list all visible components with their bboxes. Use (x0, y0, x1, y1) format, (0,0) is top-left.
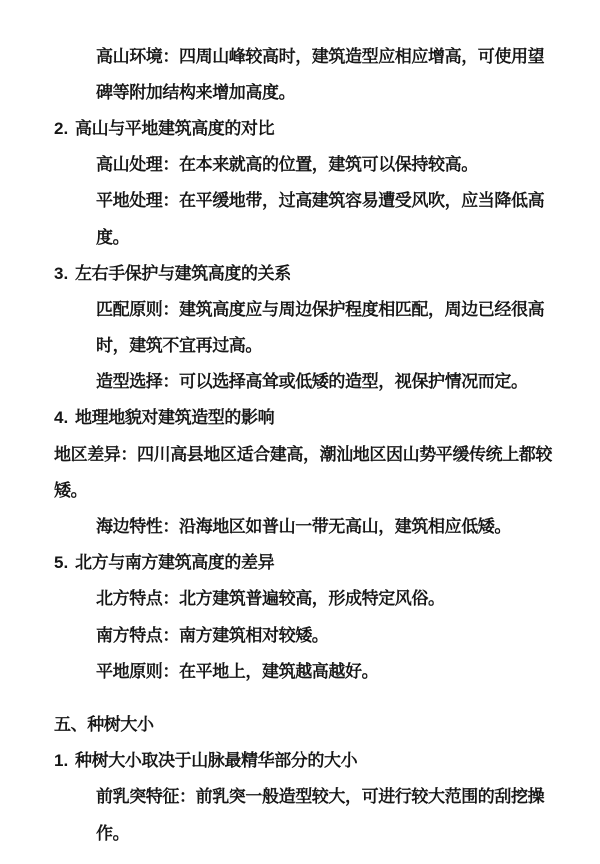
line-text: 海边特性：沿海地区如普山一带无高山，建筑相应低矮。 (96, 518, 511, 535)
list-number: 5. (54, 554, 75, 571)
line-text: 北方与南方建筑高度的差异 (75, 554, 274, 571)
text-line: 平地原则：在平地上，建筑越高越好。 (0, 653, 600, 689)
numbered-heading: 2. 高山与平地建筑高度的对比 (0, 110, 600, 146)
line-text: 矮。 (54, 482, 87, 499)
text-line: 北方特点：北方建筑普遍较高，形成特定风俗。 (0, 581, 600, 617)
line-text: 左右手保护与建筑高度的关系 (75, 265, 291, 282)
line-text: 南方特点：南方建筑相对较矮。 (96, 627, 328, 644)
text-line: 高山处理：在本来就高的位置，建筑可以保持较高。 (0, 147, 600, 183)
line-text: 作。 (96, 825, 129, 842)
list-number: 3. (54, 265, 75, 282)
text-line: 矮。 (0, 472, 600, 508)
text-line: 海边特性：沿海地区如普山一带无高山，建筑相应低矮。 (0, 508, 600, 544)
line-text: 高山环境：四周山峰较高时，建筑造型应相应增高，可使用望 (96, 48, 544, 65)
line-text: 时，建筑不宜再过高。 (96, 337, 262, 354)
line-text: 度。 (96, 229, 129, 246)
line-text: 地区差异：四川高县地区适合建高，潮汕地区因山势平缓传统上都较 (54, 446, 552, 463)
line-text: 高山与平地建筑高度的对比 (75, 120, 274, 137)
text-line: 地区差异：四川高县地区适合建高，潮汕地区因山势平缓传统上都较 (0, 436, 600, 472)
text-line: 前乳突特征：前乳突一般造型较大，可进行较大范围的刮挖操 (0, 779, 600, 815)
section-heading-text: 五、种树大小 (54, 716, 154, 733)
text-line: 高山环境：四周山峰较高时，建筑造型应相应增高，可使用望 (0, 38, 600, 74)
text-line: 碑等附加结构来增加高度。 (0, 74, 600, 110)
numbered-heading: 4. 地理地貌对建筑造型的影响 (0, 400, 600, 436)
line-text: 北方特点：北方建筑普遍较高，形成特定风俗。 (96, 590, 445, 607)
text-line: 造型选择：可以选择高耸或低矮的造型，视保护情况而定。 (0, 364, 600, 400)
text-line: 南方特点：南方建筑相对较矮。 (0, 617, 600, 653)
line-text: 碑等附加结构来增加高度。 (96, 84, 295, 101)
section-heading: 五、种树大小 (0, 706, 600, 742)
list-number: 4. (54, 409, 75, 426)
text-line: 度。 (0, 219, 600, 255)
line-text: 地理地貌对建筑造型的影响 (75, 409, 274, 426)
document-page: 高山环境：四周山峰较高时，建筑造型应相应增高，可使用望 碑等附加结构来增加高度。… (0, 0, 600, 864)
numbered-heading: 3. 左右手保护与建筑高度的关系 (0, 255, 600, 291)
text-line: 时，建筑不宜再过高。 (0, 328, 600, 364)
line-text: 高山处理：在本来就高的位置，建筑可以保持较高。 (96, 156, 478, 173)
text-line: 平地处理：在平缓地带，过高建筑容易遭受风吹，应当降低高 (0, 183, 600, 219)
text-line: 匹配原则：建筑高度应与周边保护程度相匹配，周边已经很高 (0, 291, 600, 327)
list-number: 2. (54, 120, 75, 137)
numbered-heading: 5. 北方与南方建筑高度的差异 (0, 545, 600, 581)
line-text: 匹配原则：建筑高度应与周边保护程度相匹配，周边已经很高 (96, 301, 544, 318)
line-text: 造型选择：可以选择高耸或低矮的造型，视保护情况而定。 (96, 373, 528, 390)
line-text: 种树大小取决于山脉最精华部分的大小 (75, 752, 357, 769)
line-text: 平地原则：在平地上，建筑越高越好。 (96, 663, 378, 680)
text-line: 作。 (0, 815, 600, 851)
list-number: 1. (54, 752, 75, 769)
line-text: 平地处理：在平缓地带，过高建筑容易遭受风吹，应当降低高 (96, 192, 544, 209)
line-text: 前乳突特征：前乳突一般造型较大，可进行较大范围的刮挖操 (96, 788, 544, 805)
numbered-heading: 1. 种树大小取决于山脉最精华部分的大小 (0, 743, 600, 779)
